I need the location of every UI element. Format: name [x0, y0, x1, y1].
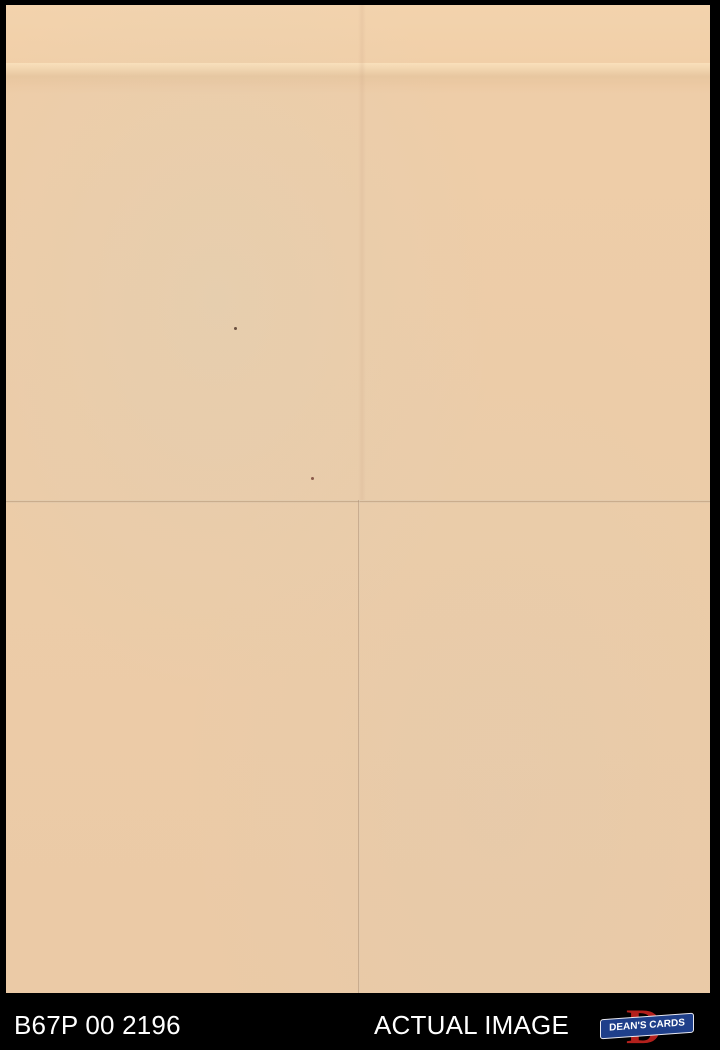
- logo-banner: DEAN'S CARDS: [600, 1013, 694, 1040]
- vertical-crease-upper: [358, 5, 366, 500]
- item-code: B67P 00 2196: [14, 1010, 181, 1041]
- vertical-fold-line: [358, 500, 360, 993]
- deans-cards-logo: D DEAN'S CARDS: [600, 1004, 692, 1048]
- folded-paper-back: [6, 5, 710, 993]
- paper-speck: [311, 477, 314, 480]
- actual-image-label: ACTUAL IMAGE: [374, 1010, 569, 1041]
- paper-speck: [234, 327, 237, 330]
